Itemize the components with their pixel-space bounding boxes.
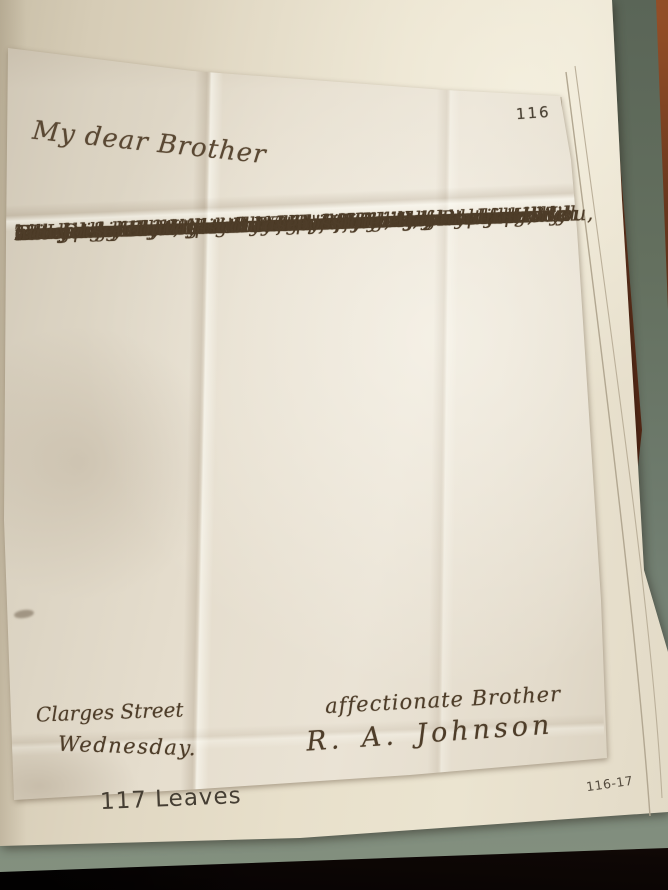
ink-blot xyxy=(14,609,35,620)
letter-ink-layer: 116 My dear Brother I would have answer'… xyxy=(0,0,668,890)
body-line: him to send it as soon as possible. I am… xyxy=(14,203,502,246)
date-line: Wednesday. xyxy=(58,732,198,761)
salutation: My dear Brother xyxy=(31,116,268,170)
address-line: Clarges Street xyxy=(36,697,184,726)
page-number-pencil: 116 xyxy=(515,103,551,123)
manuscript-letter-photo: 116 My dear Brother I would have answer'… xyxy=(0,0,668,890)
